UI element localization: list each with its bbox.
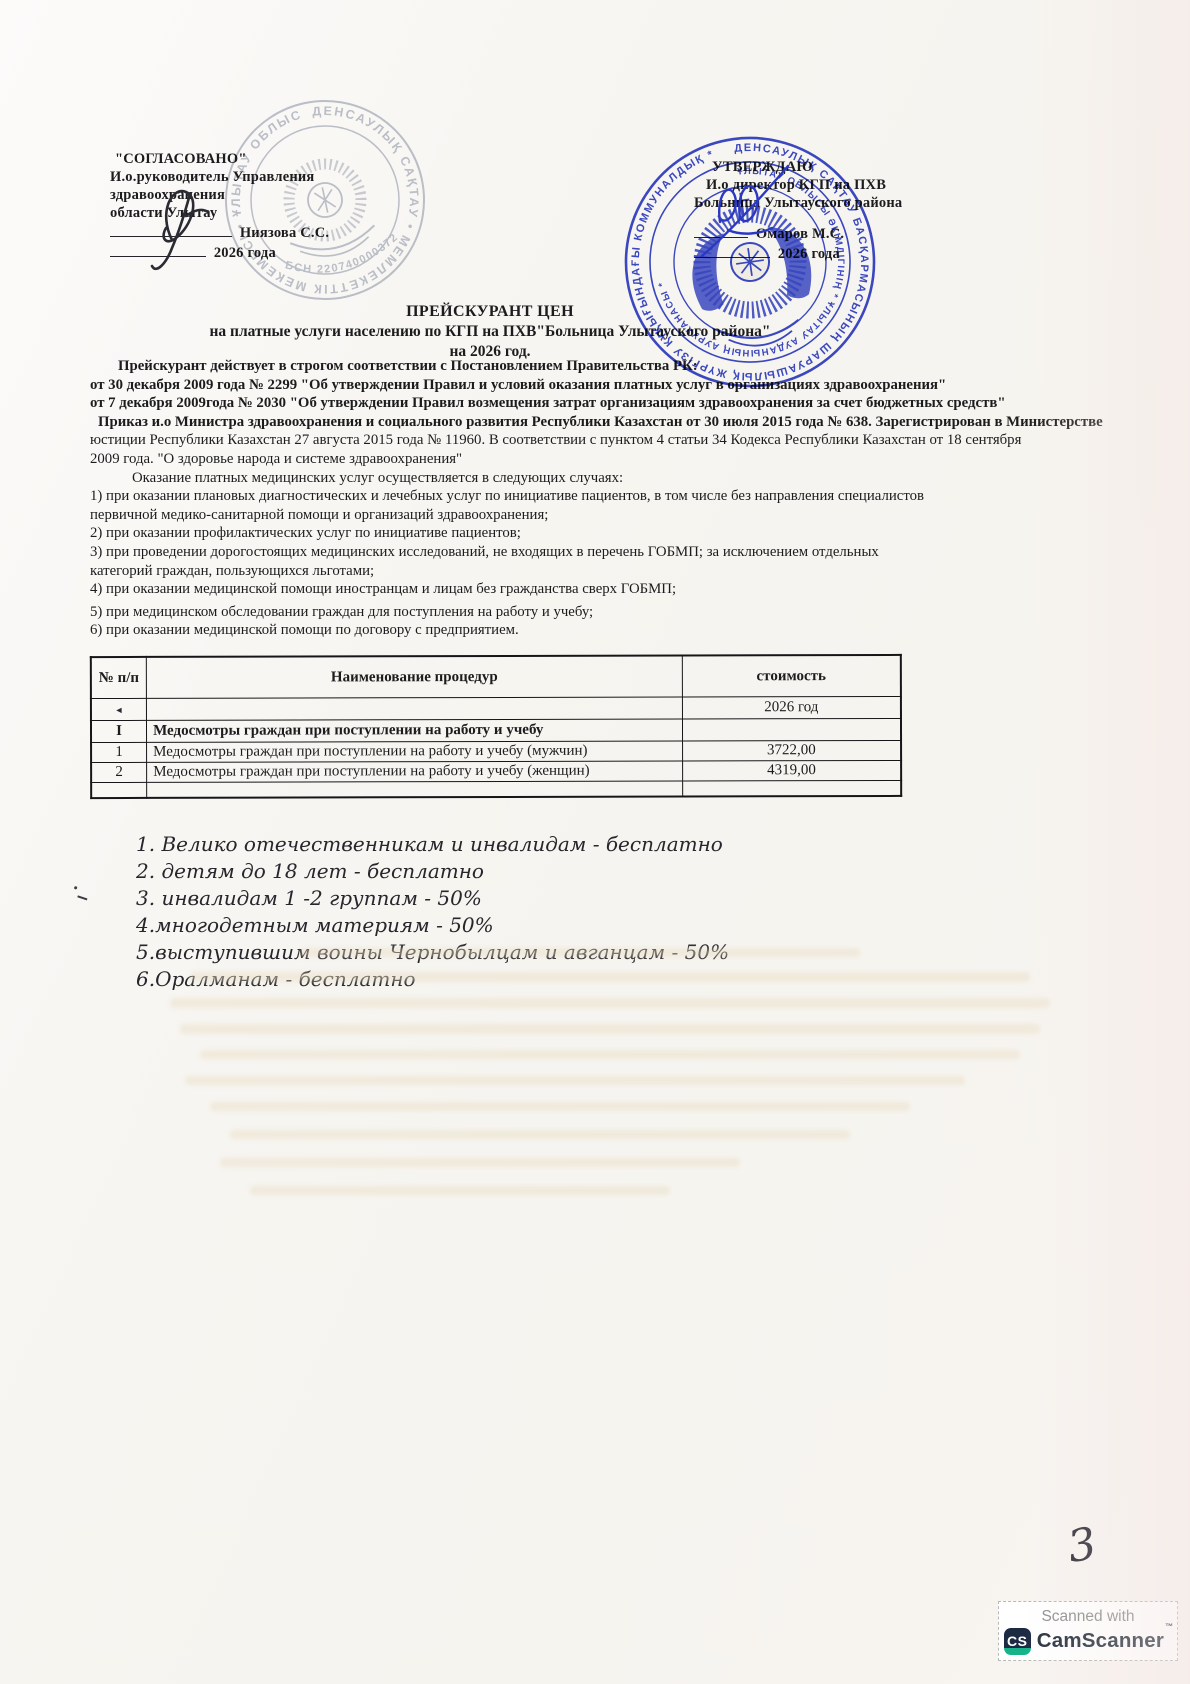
- approval-left-title: "СОГЛАСОВАНО": [110, 150, 430, 168]
- body-line: 6) при оказании медицинской помощи по до…: [90, 621, 1105, 640]
- body-line: от 30 декабря 2009 года № 2299 "Об утвер…: [90, 376, 1105, 395]
- camscanner-badge: Scanned with CS CamScanner™: [998, 1601, 1178, 1661]
- body-line: Оказание платных медицинских услуг осуще…: [90, 469, 1105, 488]
- row-name: Медосмотры граждан при поступлении на ра…: [147, 761, 683, 782]
- year-cell: 2026 год: [682, 696, 901, 719]
- bleed-through: [230, 1130, 850, 1139]
- bleed-through: [185, 1076, 965, 1085]
- section-num: I: [91, 720, 147, 742]
- camscanner-wordmark: CamScanner™: [1037, 1629, 1173, 1653]
- table-row: 1 Медосмотры граждан при поступлении на …: [91, 740, 901, 762]
- col-header-price: стоимость: [682, 655, 901, 697]
- row-name: Медосмотры граждан при поступлении на ра…: [147, 741, 683, 762]
- page-subtitle: на платные услуги населению по КГП на ПХ…: [120, 323, 860, 341]
- row-num: 1: [91, 742, 147, 762]
- table-row: 2 Медосмотры граждан при поступлении на …: [91, 760, 901, 782]
- row-num: 2: [91, 762, 147, 782]
- scanned-document-page: "СОГЛАСОВАНО" И.о.руководитель Управлени…: [0, 0, 1190, 1684]
- benefit-item: 4.многодетным материям - 50%: [136, 913, 729, 940]
- table-section-row: I Медосмотры граждан при поступлении на …: [91, 718, 901, 742]
- trademark-symbol: ™: [1165, 1622, 1173, 1631]
- col-header-num: № п/п: [91, 657, 147, 699]
- section-name: Медосмотры граждан при поступлении на ра…: [147, 719, 683, 742]
- handwritten-page-number: 3: [1064, 1518, 1100, 1573]
- bleed-through: [180, 1024, 1040, 1034]
- row-price: 4319,00: [682, 760, 901, 781]
- page-title: ПРЕЙСКУРАНТ ЦЕН: [120, 303, 860, 321]
- body-line: 4) при оказании медицинской помощи иност…: [90, 580, 1105, 599]
- body-line: юстиции Республики Казахстан 27 августа …: [90, 431, 1105, 450]
- bleed-through: [210, 1102, 910, 1111]
- benefit-item: 2. детям до 18 лет - бесплатно: [136, 859, 729, 886]
- body-line: Приказ и.о Министра здравоохранения и со…: [90, 413, 1105, 432]
- benefit-item: 6.Оралманам - бесплатно: [136, 967, 729, 994]
- table-header-row: № п/п Наименование процедур стоимость: [91, 655, 901, 699]
- price-table: № п/п Наименование процедур стоимость ◄ …: [90, 654, 902, 799]
- document-title-block: ПРЕЙСКУРАНТ ЦЕН на платные услуги населе…: [120, 303, 860, 361]
- col-header-name: Наименование процедур: [146, 656, 682, 699]
- body-text-block: Прейскурант действует в строгом соответс…: [90, 357, 1105, 640]
- body-line: первичной медико-санитарной помощи и орг…: [90, 506, 1105, 525]
- benefit-item: 3. инвалидам 1 -2 группам - 50%: [136, 886, 729, 913]
- camscanner-icon: CS: [1004, 1628, 1031, 1655]
- body-line: 2009 года. "О здоровье народа и системе …: [90, 450, 1105, 469]
- table-empty-row: [91, 780, 901, 798]
- pen-arrow-mark: ◄: [115, 705, 124, 715]
- benefits-list: 1. Велико отечественникам и инвалидам - …: [136, 832, 729, 994]
- body-line: категорий граждан, пользующихся льготами…: [90, 562, 1105, 581]
- signature-left: [142, 182, 262, 282]
- bleed-through: [220, 1158, 740, 1167]
- bleed-through: [170, 998, 1050, 1008]
- bleed-through: [200, 1050, 1020, 1059]
- ink-mark: [77, 892, 88, 901]
- body-line: 2) при оказании профилактических услуг п…: [90, 524, 1105, 543]
- table-year-row: ◄ 2026 год: [91, 696, 901, 720]
- benefit-item: 1. Велико отечественникам и инвалидам - …: [136, 832, 729, 859]
- signature-right: [668, 160, 828, 280]
- bleed-through: [250, 1186, 670, 1195]
- row-price: 3722,00: [682, 740, 901, 761]
- body-line: Прейскурант действует в строгом соответс…: [90, 357, 1105, 376]
- body-line: 1) при оказании плановых диагностических…: [90, 487, 1105, 506]
- body-line: от 7 декабря 2009года № 2030 "Об утвержд…: [90, 394, 1105, 413]
- body-line: 5) при медицинском обследовании граждан …: [90, 603, 1105, 622]
- benefit-item: 5.выступившим воины Чернобылцам и авганц…: [136, 940, 729, 967]
- body-line: 3) при проведении дорогостоящих медицинс…: [90, 543, 1105, 562]
- scanned-with-label: Scanned with: [1041, 1608, 1134, 1626]
